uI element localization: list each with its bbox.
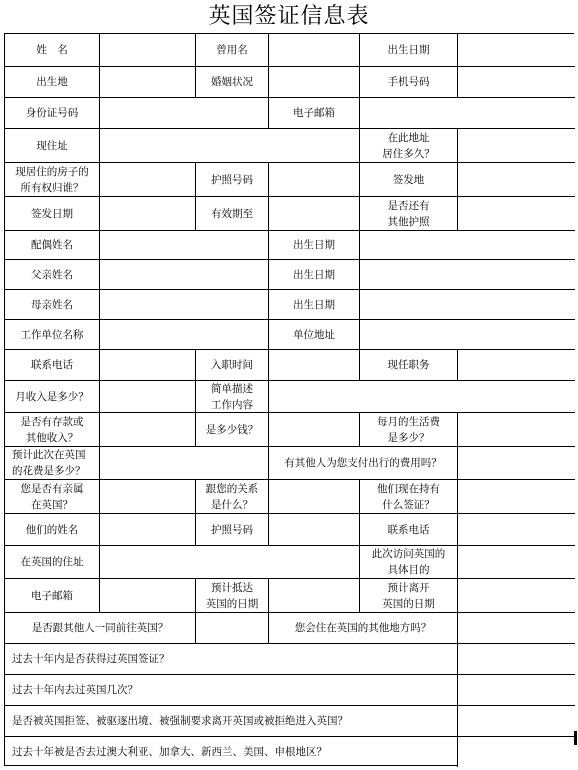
birth-place-label: 出生地 [5, 67, 100, 98]
father-birth-date-label: 出生日期 [269, 260, 360, 290]
issue-date-field[interactable] [100, 197, 196, 231]
employer-address-field[interactable] [360, 320, 575, 350]
visited-countries-field[interactable] [458, 737, 575, 767]
father-name-label: 父亲姓名 [5, 260, 100, 290]
how-long-at-address-label: 在此地址 居住多久？ [360, 129, 458, 163]
birth-date-field[interactable] [458, 34, 575, 67]
how-long-at-address-field[interactable] [458, 129, 575, 163]
employer-name-label: 工作单位名称 [5, 320, 100, 350]
relatives-passport-field[interactable] [269, 514, 360, 546]
uk-address-field[interactable] [100, 546, 360, 579]
father-birth-date-field[interactable] [360, 260, 575, 290]
current-address-field[interactable] [100, 129, 360, 163]
issue-place-field[interactable] [458, 163, 575, 197]
expected-spending-label: 预计此次在英国 的花费是多少？ [5, 447, 100, 480]
mobile-field[interactable] [458, 67, 575, 98]
name-label: 姓 名 [5, 34, 100, 67]
relatives-passport-label: 护照号码 [196, 514, 269, 546]
stay-elsewhere-label: 您会住在英国的其他地方吗？ [269, 613, 458, 644]
uk-visits-10y-label: 过去十年内去过英国几次？ [5, 675, 458, 706]
arrival-date-field[interactable] [269, 579, 360, 613]
employer-address-label: 单位地址 [269, 320, 360, 350]
relatives-email-field[interactable] [100, 579, 196, 613]
relatives-name-field[interactable] [100, 514, 196, 546]
other-passport-field[interactable] [458, 197, 575, 231]
email-label: 电子邮箱 [269, 98, 360, 129]
travel-with-others-field[interactable] [196, 613, 269, 644]
spouse-name-label: 配偶姓名 [5, 231, 100, 260]
valid-until-label: 有效期至 [196, 197, 269, 231]
house-owner-field[interactable] [100, 163, 196, 197]
visit-purpose-field[interactable] [458, 546, 575, 579]
join-date-field[interactable] [269, 350, 360, 381]
uk-visa-10y-label: 过去十年内是否获得过英国签证？ [5, 644, 458, 675]
relatives-in-uk-label: 您是否有亲属 在英国？ [5, 480, 100, 514]
former-name-label: 曾用名 [196, 34, 269, 67]
job-description-field[interactable] [269, 381, 575, 413]
current-position-field[interactable] [458, 350, 575, 381]
mobile-label: 手机号码 [360, 67, 458, 98]
passport-number-field[interactable] [269, 163, 360, 197]
uk-visa-10y-field[interactable] [458, 644, 575, 675]
relatives-visa-field[interactable] [458, 480, 575, 514]
sponsor-question-field[interactable] [458, 447, 575, 480]
join-date-label: 入职时间 [196, 350, 269, 381]
relatives-email-label: 电子邮箱 [5, 579, 100, 613]
visited-countries-label: 过去十年被是否去过澳大利亚、加拿大、新西兰、美国、申根地区？ [5, 737, 458, 767]
spouse-birth-date-field[interactable] [360, 231, 575, 260]
employer-name-field[interactable] [100, 320, 269, 350]
contact-phone-label: 联系电话 [5, 350, 100, 381]
how-much-field[interactable] [269, 413, 360, 447]
stay-elsewhere-field[interactable] [458, 613, 575, 644]
departure-date-field[interactable] [458, 579, 575, 613]
form-title: 英国签证信息表 [0, 0, 578, 33]
relatives-visa-label: 他们现在持有 什么签证？ [360, 480, 458, 514]
refused-uk-label: 是否被英国拒签、被驱逐出境、被强制要求离开英国或被拒绝进入英国？ [5, 706, 458, 737]
uk-visits-10y-field[interactable] [458, 675, 575, 706]
page-edge-marker [574, 731, 577, 745]
spouse-birth-date-label: 出生日期 [269, 231, 360, 260]
current-position-label: 现任职务 [360, 350, 458, 381]
sponsor-question-label: 有其他人为您支付出行的费用吗？ [269, 447, 458, 480]
arrival-date-label: 预计抵达 英国的日期 [196, 579, 269, 613]
savings-other-income-label: 是否有存款或 其他收入？ [5, 413, 100, 447]
travel-with-others-label: 是否跟其他人一同前往英国？ [5, 613, 196, 644]
how-much-label: 是多少钱？ [196, 413, 269, 447]
spouse-name-field[interactable] [100, 231, 269, 260]
id-number-field[interactable] [100, 98, 269, 129]
email-field[interactable] [360, 98, 575, 129]
birth-place-field[interactable] [100, 67, 196, 98]
monthly-living-cost-field[interactable] [458, 413, 575, 447]
expected-spending-field[interactable] [100, 447, 269, 480]
mother-birth-date-field[interactable] [360, 290, 575, 320]
uk-address-label: 在英国的住址 [5, 546, 100, 579]
visa-info-table: 姓 名曾用名出生日期出生地婚姻状况手机号码身份证号码电子邮箱现住址在此地址 居住… [4, 33, 574, 766]
id-number-label: 身份证号码 [5, 98, 100, 129]
former-name-field[interactable] [269, 34, 360, 67]
current-address-label: 现住址 [5, 129, 100, 163]
birth-date-label: 出生日期 [360, 34, 458, 67]
monthly-living-cost-label: 每月的生活费 是多少？ [360, 413, 458, 447]
relationship-field[interactable] [269, 480, 360, 514]
relationship-label: 跟您的关系 是什么？ [196, 480, 269, 514]
marital-status-label: 婚姻状况 [196, 67, 269, 98]
refused-uk-field[interactable] [458, 706, 575, 737]
relatives-in-uk-field[interactable] [100, 480, 196, 514]
relatives-phone-label: 联系电话 [360, 514, 458, 546]
contact-phone-field[interactable] [100, 350, 196, 381]
name-field[interactable] [100, 34, 196, 67]
issue-date-label: 签发日期 [5, 197, 100, 231]
passport-number-label: 护照号码 [196, 163, 269, 197]
monthly-income-label: 月收入是多少？ [5, 381, 100, 413]
relatives-phone-field[interactable] [458, 514, 575, 546]
mother-name-label: 母亲姓名 [5, 290, 100, 320]
issue-place-label: 签发地 [360, 163, 458, 197]
mother-name-field[interactable] [100, 290, 269, 320]
house-owner-label: 现居住的房子的 所有权归谁？ [5, 163, 100, 197]
departure-date-label: 预计离开 英国的日期 [360, 579, 458, 613]
savings-other-income-field[interactable] [100, 413, 196, 447]
mother-birth-date-label: 出生日期 [269, 290, 360, 320]
visit-purpose-label: 此次访问英国的 具体目的 [360, 546, 458, 579]
job-description-label: 简单描述 工作内容 [196, 381, 269, 413]
relatives-name-label: 他们的姓名 [5, 514, 100, 546]
monthly-income-field[interactable] [100, 381, 196, 413]
father-name-field[interactable] [100, 260, 269, 290]
other-passport-label: 是否还有 其他护照 [360, 197, 458, 231]
marital-status-field[interactable] [269, 67, 360, 98]
valid-until-field[interactable] [269, 197, 360, 231]
